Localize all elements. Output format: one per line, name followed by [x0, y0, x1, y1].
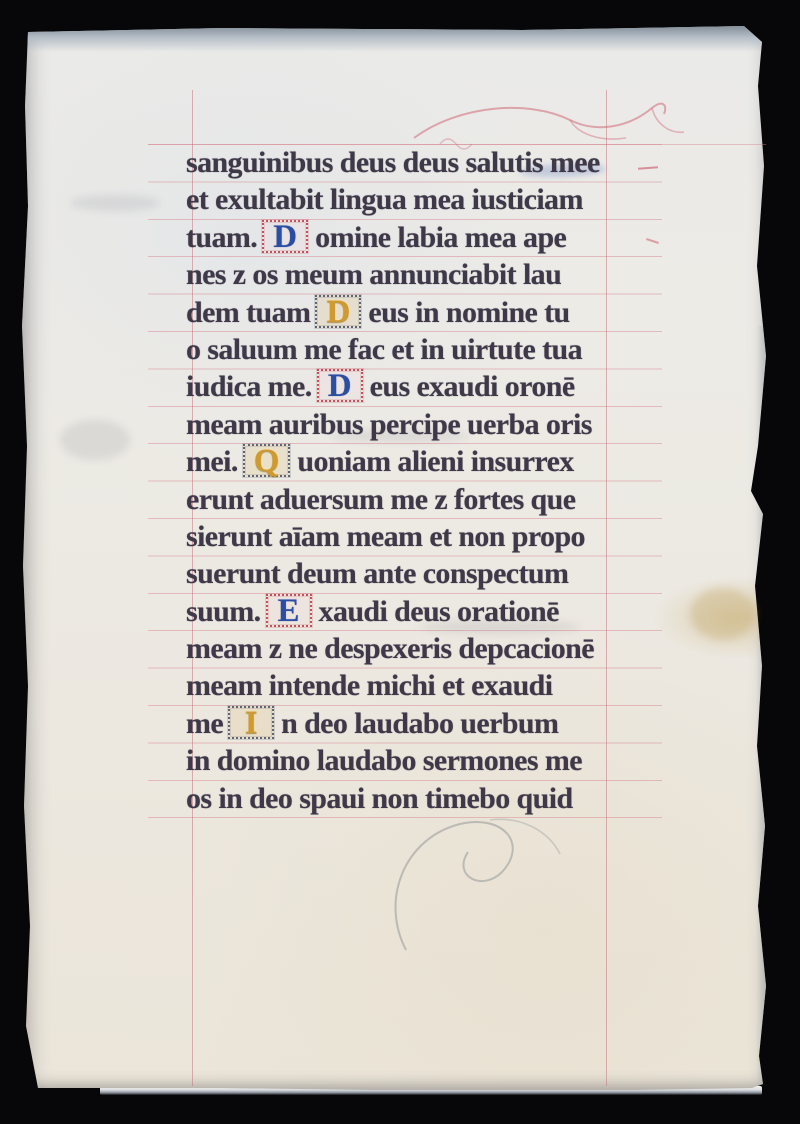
line-text: erunt aduersum me z fortes que — [186, 483, 575, 516]
text-line-15: meam intende michi et exaudi — [186, 667, 662, 704]
illuminated-initial-D: D — [317, 369, 363, 402]
stain — [690, 588, 756, 640]
photo-background: sanguinibus deus deus salutis meeet exul… — [0, 0, 800, 1124]
text-line-7: iudica me.Deus exaudi oronē — [186, 368, 662, 405]
line-text: tuam. — [186, 221, 257, 254]
line-text: dem tuam — [186, 296, 310, 329]
line-text: sanguinibus deus deus salutis mee — [186, 146, 600, 179]
line-text: uoniam alieni insurrex — [297, 445, 573, 478]
text-line-17: in domino laudabo sermones me — [186, 742, 662, 779]
text-line-3: tuam.Domine labia mea ape — [186, 219, 662, 256]
line-text: suerunt deum ante conspectum — [186, 557, 568, 590]
deckle-edge — [756, 326, 770, 1090]
line-text: mei. — [186, 445, 238, 478]
line-text: os in deo spaui non timebo quid — [186, 782, 573, 815]
line-text: n deo laudabo uerbum — [281, 707, 558, 740]
text-line-2: et exultabit lingua mea iusticiam — [186, 181, 662, 218]
text-line-6: o saluum me fac et in uirtute tua — [186, 331, 662, 368]
pencil-loop-mark — [370, 810, 570, 960]
text-block: sanguinibus deus deus salutis meeet exul… — [186, 144, 662, 817]
line-text: xaudi deus orationē — [319, 595, 559, 628]
showthrough-ghost — [60, 420, 130, 460]
text-line-14: meam z ne despexeris depcacionē — [186, 630, 662, 667]
illuminated-initial-E: E — [266, 594, 312, 627]
line-text: o saluum me fac et in uirtute tua — [186, 333, 582, 366]
text-line-16: meIn deo laudabo uerbum — [186, 705, 662, 742]
line-text: iudica me. — [186, 370, 312, 403]
line-text: eus in nomine tu — [368, 296, 569, 329]
line-text: meam auribus percipe uerba oris — [186, 408, 592, 441]
illuminated-initial-D: D — [262, 220, 308, 253]
line-text: sierunt aīam meam et non propo — [186, 520, 585, 553]
text-line-1: sanguinibus deus deus salutis mee — [186, 144, 662, 181]
illuminated-initial-I: I — [228, 706, 274, 739]
text-line-8: meam auribus percipe uerba oris — [186, 406, 662, 443]
line-text: et exultabit lingua mea iusticiam — [186, 183, 583, 216]
line-text: in domino laudabo sermones me — [186, 744, 582, 777]
illuminated-initial-D: D — [315, 295, 361, 328]
line-text: meam z ne despexeris depcacionē — [186, 632, 594, 665]
line-text: suum. — [186, 595, 261, 628]
text-line-13: suum.Exaudi deus orationē — [186, 593, 662, 630]
line-text: nes z os meum annunciabit lau — [186, 258, 561, 291]
text-line-10: erunt aduersum me z fortes que — [186, 481, 662, 518]
text-line-9: mei.Quoniam alieni insurrex — [186, 443, 662, 480]
top-edge-band — [22, 26, 770, 52]
text-line-12: suerunt deum ante conspectum — [186, 555, 662, 592]
text-line-5: dem tuamDeus in nomine tu — [186, 294, 662, 331]
text-line-11: sierunt aīam meam et non propo — [186, 518, 662, 555]
illuminated-initial-Q: Q — [243, 444, 291, 477]
line-text: omine labia mea ape — [315, 221, 566, 254]
showthrough-ghost — [70, 195, 160, 211]
line-text: meam intende michi et exaudi — [186, 669, 553, 702]
line-text: eus exaudi oronē — [370, 370, 575, 403]
line-text: me — [186, 707, 223, 740]
text-line-18: os in deo spaui non timebo quid — [186, 780, 662, 817]
text-line-4: nes z os meum annunciabit lau — [186, 256, 662, 293]
